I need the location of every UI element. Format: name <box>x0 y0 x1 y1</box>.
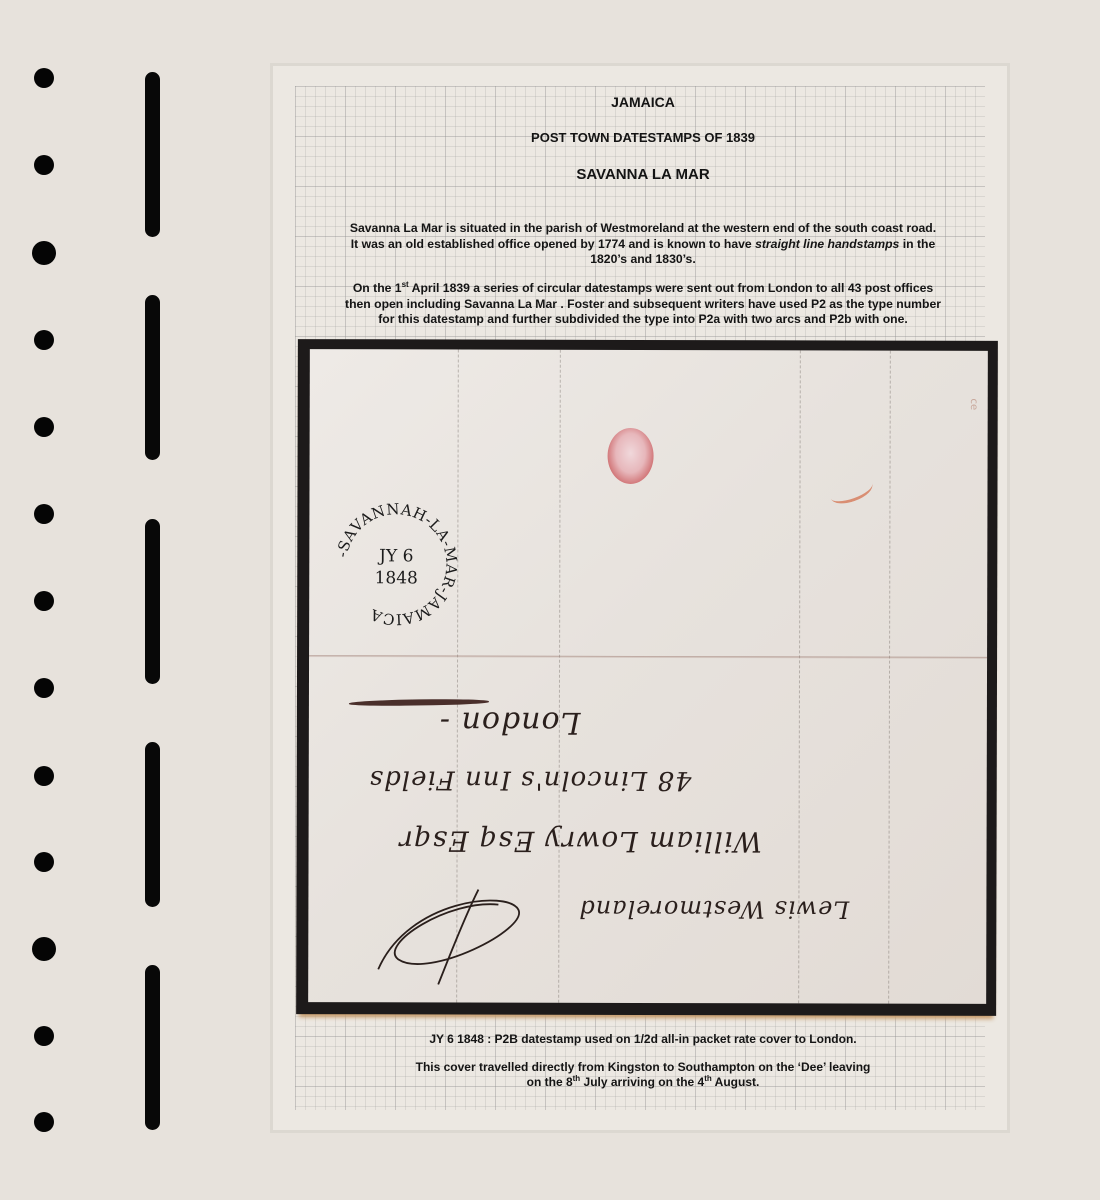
caption-line-3-b: July arriving on the 4 <box>580 1075 704 1089</box>
datestamp-year: 1848 <box>375 568 418 588</box>
intro-line-3: 1820’s and 1830’s. <box>323 252 963 268</box>
binder-hole <box>34 68 54 88</box>
fold-line-horizontal <box>309 655 987 659</box>
page-subtitle: POST TOWN DATESTAMPS OF 1839 <box>273 130 1013 145</box>
binder-hole <box>34 330 54 350</box>
binder-slot <box>145 72 160 237</box>
address-line-origin: Lewis Westmoreland <box>578 895 849 924</box>
address-line-london: London - <box>439 704 581 739</box>
intro-line-2-c: in the <box>899 237 935 251</box>
binder-slot <box>145 742 160 907</box>
binder-hole <box>34 155 54 175</box>
caption-line-3-b-sup: th <box>704 1074 712 1083</box>
page-location-heading: SAVANNA LA MAR <box>273 166 1013 183</box>
binder-hole <box>32 241 56 265</box>
caption-line-3-a: on the 8 <box>527 1075 573 1089</box>
binder-hole <box>34 417 54 437</box>
red-wax-seal <box>608 428 654 484</box>
caption-line-2: This cover travelled directly from Kings… <box>273 1060 1013 1075</box>
binder-slot <box>145 519 160 684</box>
intro-line-2-a: It was an old established office opened … <box>351 237 755 251</box>
fold-line <box>558 350 562 1003</box>
intro-line-2-italic: straight line handstamps <box>755 237 899 251</box>
circular-datestamp: -SAVANNAH-LA-MAR-JAMAICA JY 6 1848 <box>331 499 461 629</box>
history-line-1-sup: st <box>402 280 409 289</box>
history-paragraph: On the 1st April 1839 a series of circul… <box>273 281 1013 328</box>
page-title: JAMAICA <box>273 94 1013 110</box>
datestamp-date: JY 6 <box>377 546 413 566</box>
history-line-3: for this datestamp and further subdivide… <box>323 312 963 328</box>
address-line-street: 48 Lincoln's Inn Fields <box>369 764 692 795</box>
signature-flourish <box>368 879 538 989</box>
cover-caption-secondary: This cover travelled directly from Kings… <box>273 1060 1013 1090</box>
history-line-1-text: April 1839 a series of circular datestam… <box>409 281 933 295</box>
binder-hole <box>34 504 54 524</box>
cover-caption-primary: JY 6 1848 : P2B datestamp used on 1/2d a… <box>273 1032 1013 1047</box>
binder-hole <box>32 937 56 961</box>
history-line-2: then open including Savanna La Mar . Fos… <box>323 297 963 313</box>
binder-slot <box>145 965 160 1130</box>
red-ink-mark <box>827 474 876 509</box>
address-line-name: William Lowry Esq Esqr <box>399 824 763 858</box>
intro-line-2: It was an old established office opened … <box>323 237 963 253</box>
history-line-1-pre: On the 1 <box>353 281 402 295</box>
binder-hole <box>34 678 54 698</box>
binder-hole <box>34 591 54 611</box>
binder-hole <box>34 1026 54 1046</box>
binder-slot <box>145 295 160 460</box>
binder-hole <box>34 1112 54 1132</box>
pencil-mark: ce <box>968 399 979 411</box>
cover-mount: ce -SAVANNAH-LA-MAR-JAMAICA JY 6 1848 Lo… <box>296 339 998 1016</box>
history-line-1: On the 1st April 1839 a series of circul… <box>323 281 963 297</box>
caption-line-3-c: August. <box>712 1075 760 1089</box>
caption-line-3: on the 8th July arriving on the 4th Augu… <box>273 1075 1013 1090</box>
binder-hole <box>34 852 54 872</box>
datestamp-graphic: -SAVANNAH-LA-MAR-JAMAICA JY 6 1848 <box>331 499 461 629</box>
postal-cover: ce -SAVANNAH-LA-MAR-JAMAICA JY 6 1848 Lo… <box>308 349 988 1004</box>
intro-paragraph: Savanna La Mar is situated in the parish… <box>273 221 1013 268</box>
binder-hole <box>34 766 54 786</box>
intro-line-1: Savanna La Mar is situated in the parish… <box>323 221 963 237</box>
fold-line <box>888 351 892 1004</box>
